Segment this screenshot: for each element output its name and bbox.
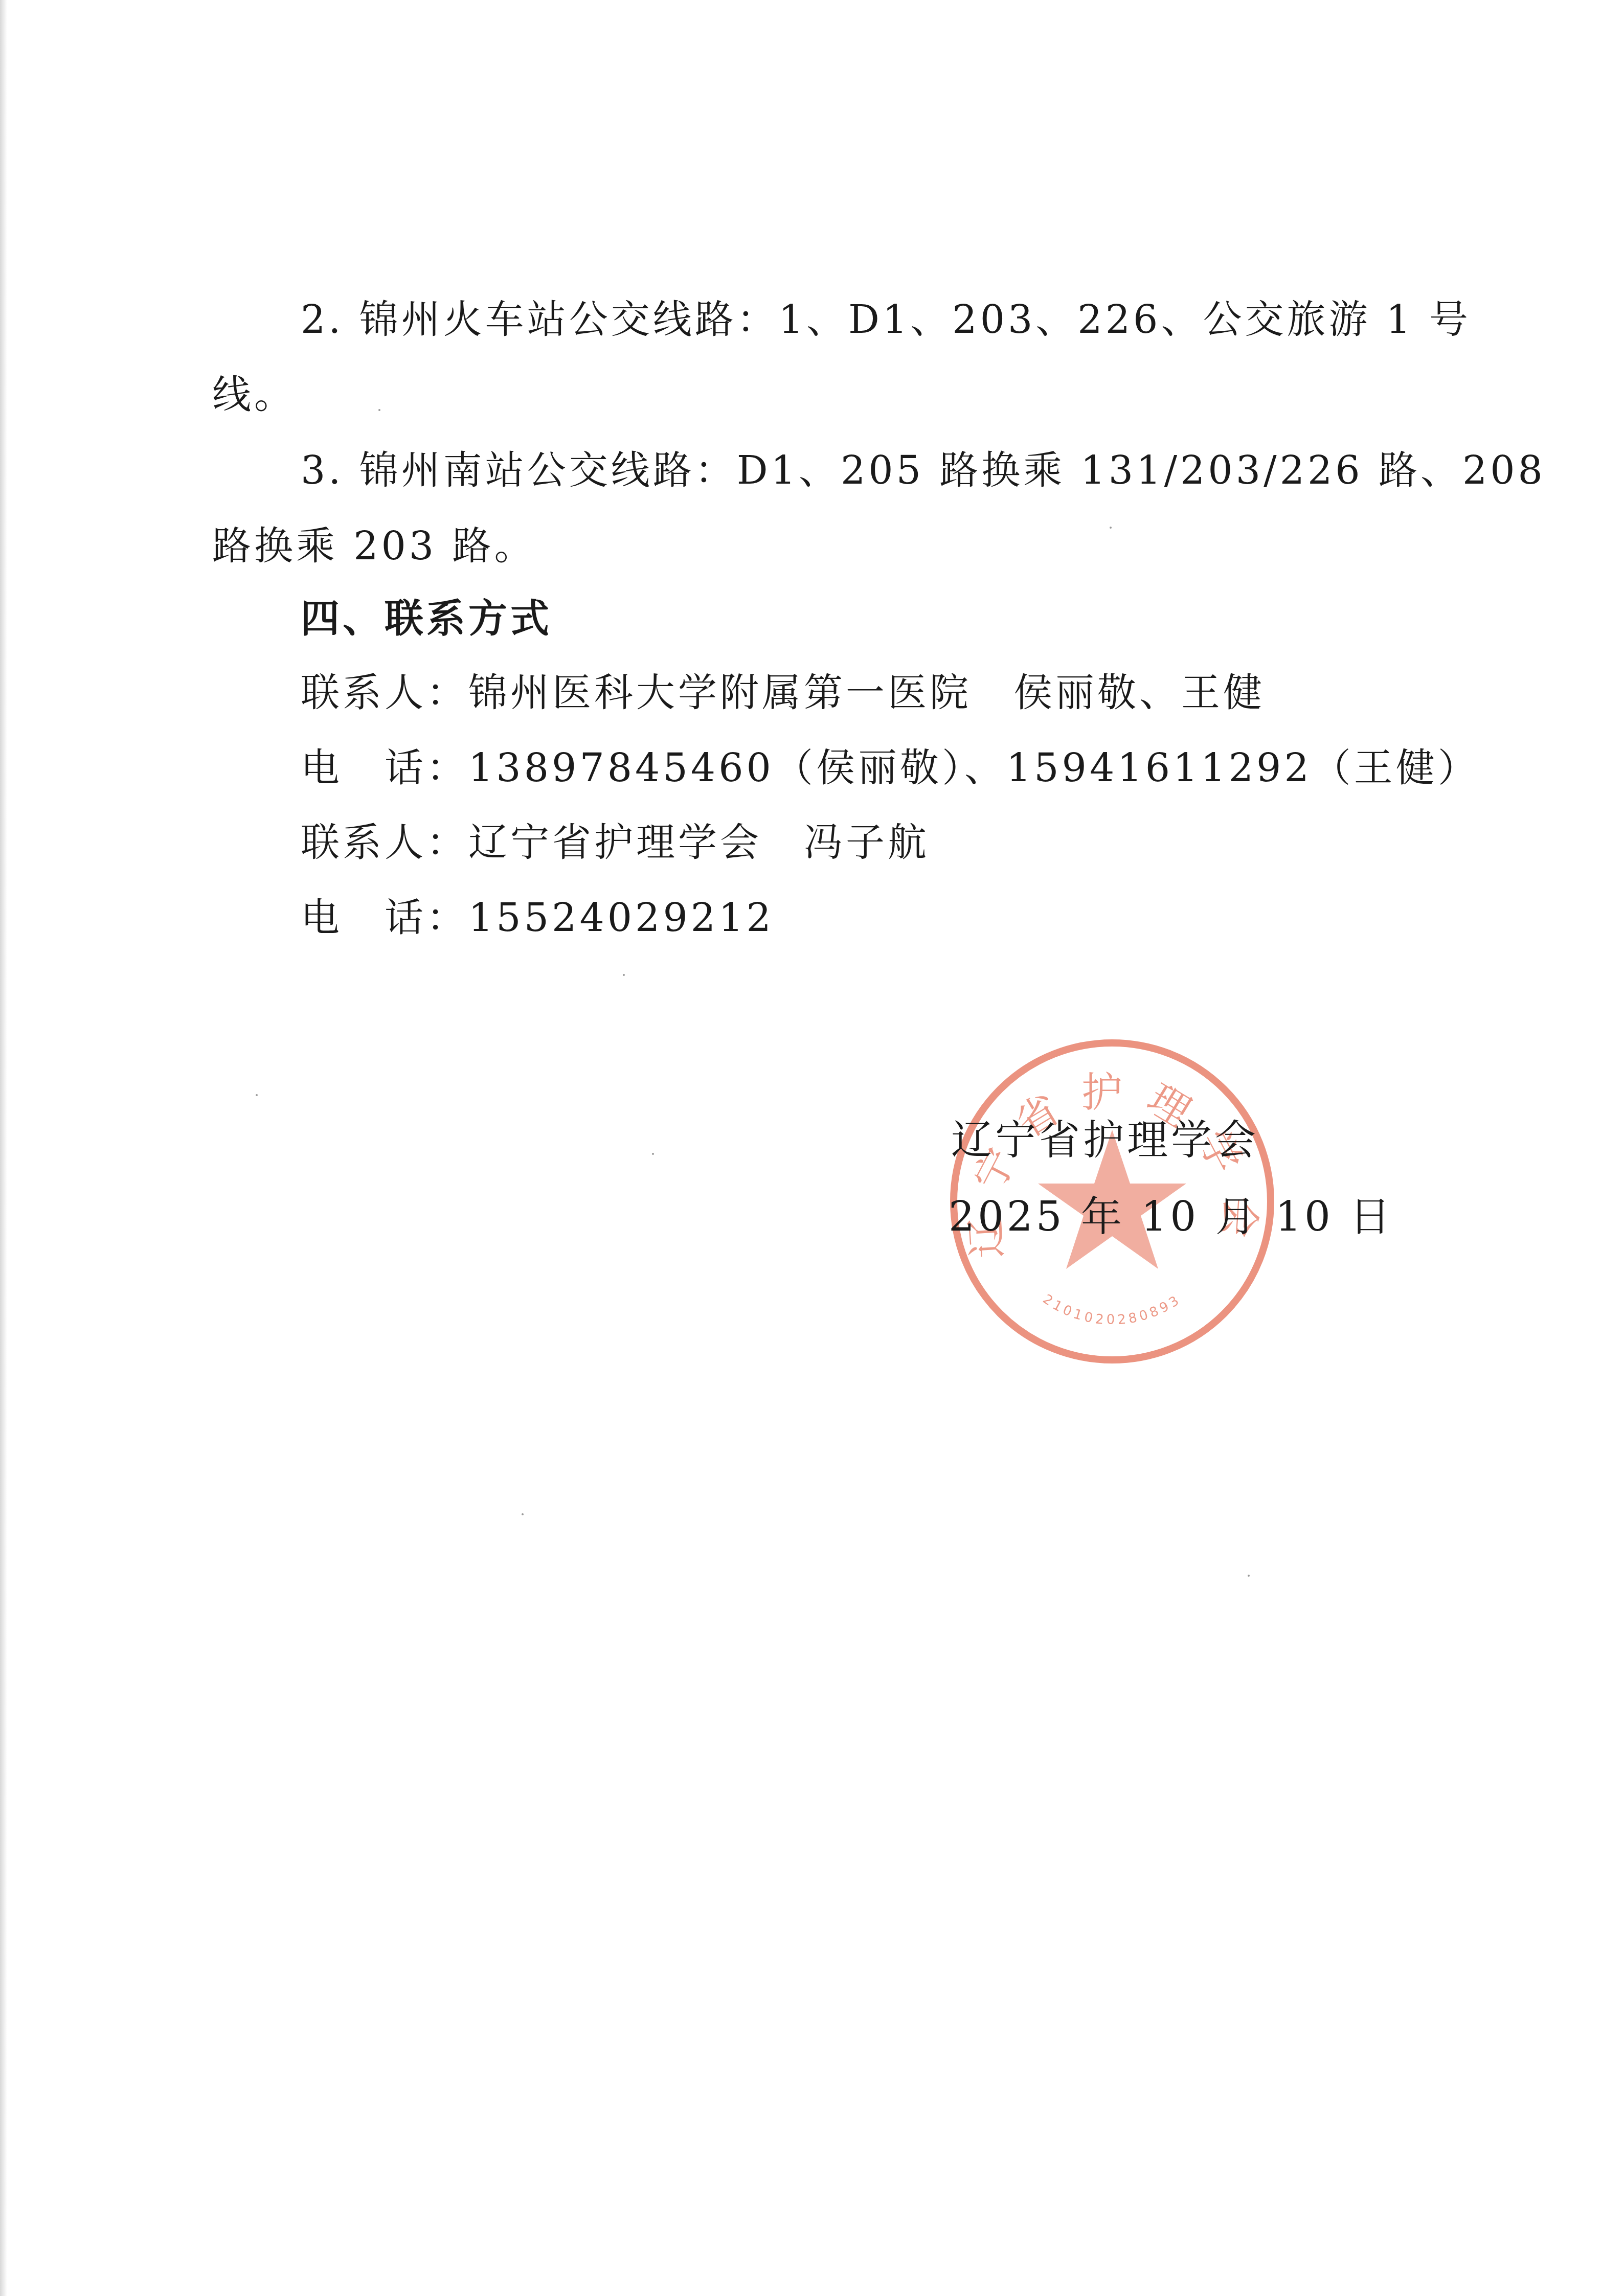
scan-edge-shadow [0,0,7,2296]
contact-label: 联系人： [301,670,468,715]
paragraph-south-station-line2: 路换乘 203 路。 [212,520,536,572]
scan-speck [1248,1575,1250,1577]
scan-speck [652,1153,654,1155]
paragraph-south-station-line1: 3. 锦州南站公交线路：D1、205 路换乘 131/203/226 路、208 [301,445,1546,496]
scan-speck [1110,527,1112,529]
phone-value: 15524029212 [468,895,774,940]
scan-speck [522,1513,524,1515]
section-heading-contact: 四、联系方式 [301,593,552,644]
phone-row-1: 电 话：13897845460（侯丽敬）、15941611292（王健） [301,742,1480,793]
phone-value: 13897845460（侯丽敬）、15941611292（王健） [468,745,1480,790]
scan-speck [378,409,380,411]
phone-label: 电 话： [301,745,468,790]
signature-date: 2025 年 10 月 10 日 [949,1191,1393,1242]
contact-label: 联系人： [301,820,468,865]
contact-value: 辽宁省护理学会 冯子航 [468,820,930,865]
signature-organization: 辽宁省护理学会 [951,1115,1259,1166]
scan-speck [623,974,625,976]
phone-row-2: 电 话：15524029212 [301,892,774,943]
paragraph-train-station-line2: 线。 [212,369,296,420]
scan-speck [256,1094,258,1096]
contact-row-2: 联系人：辽宁省护理学会 冯子航 [301,817,930,868]
contact-row-1: 联系人：锦州医科大学附属第一医院 侯丽敬、王健 [301,667,1265,718]
phone-label: 电 话： [301,895,468,940]
contact-value: 锦州医科大学附属第一医院 侯丽敬、王健 [468,670,1265,715]
svg-text:2101020280893: 2101020280893 [1040,1291,1184,1328]
paragraph-train-station-line1: 2. 锦州火车站公交线路：1、D1、203、226、公交旅游 1 号 [301,294,1471,345]
